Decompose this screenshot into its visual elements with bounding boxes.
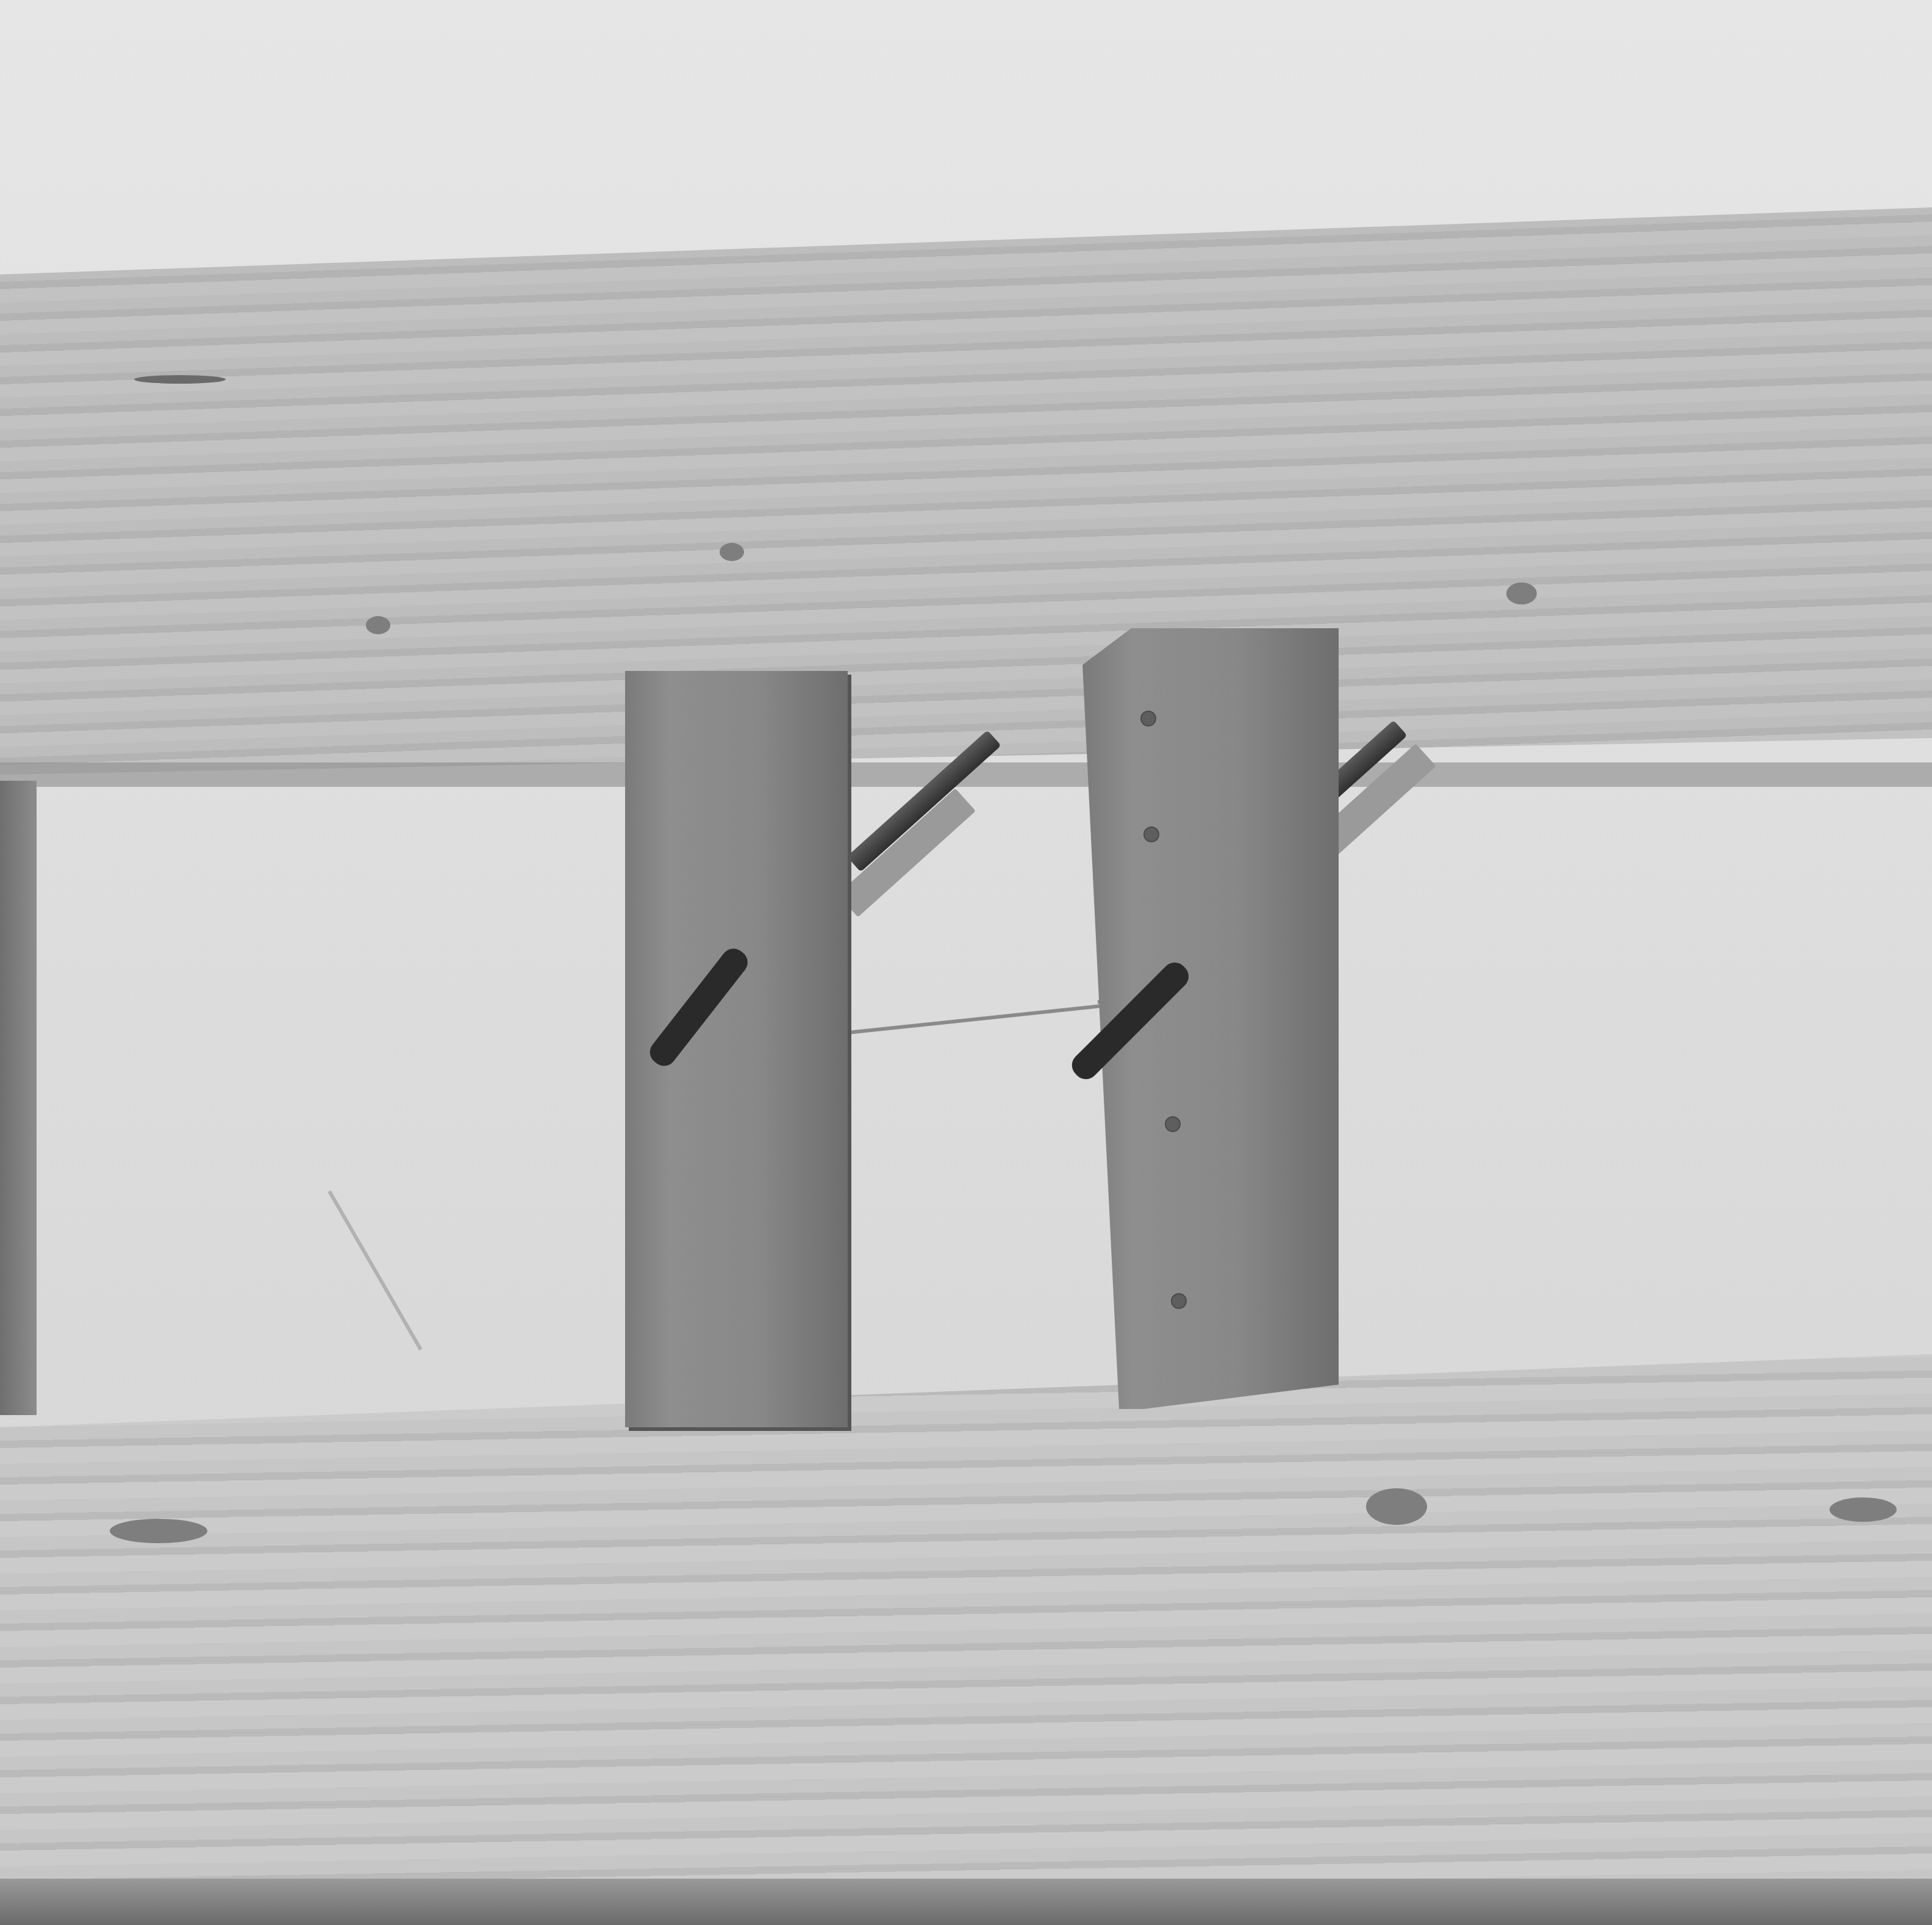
screw-icon xyxy=(1165,1116,1181,1132)
screw-icon xyxy=(1140,711,1156,726)
wall-post xyxy=(0,781,37,1415)
wood-knot xyxy=(1366,1488,1427,1525)
bench-edge xyxy=(0,1879,1932,1925)
wood-knot xyxy=(1506,583,1537,604)
wood-knot xyxy=(1830,1497,1897,1522)
wood-knot xyxy=(134,375,226,384)
wood-knot xyxy=(366,616,390,634)
wooden-beam xyxy=(0,207,1932,775)
wood-knot xyxy=(110,1519,207,1543)
screw-icon xyxy=(1143,826,1159,842)
screw-icon xyxy=(1171,1293,1187,1309)
wood-knot xyxy=(720,543,744,561)
wooden-bench xyxy=(0,1354,1932,1925)
photo-scene xyxy=(0,0,1932,1925)
